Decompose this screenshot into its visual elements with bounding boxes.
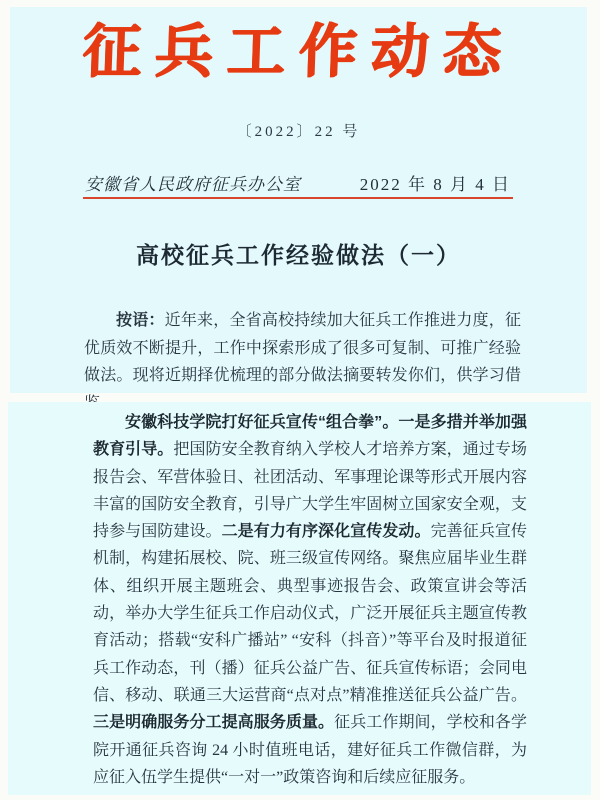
document-header-block: 征兵工作动态 〔2022〕22 号 安徽省人民政府征兵办公室 2022 年 8 … <box>10 7 587 393</box>
red-divider-line <box>83 197 513 199</box>
preface-label: 按语： <box>116 312 165 329</box>
issuer-row: 安徽省人民政府征兵办公室 2022 年 8 月 4 日 <box>85 170 511 195</box>
body-segment-bold: 三是明确服务分工提高服务质量。 <box>93 714 334 731</box>
document-body-block: 安徽科技学院打好征兵宣传“组合拳”。一是多措并举加强教育引导。把国防安全教育纳入… <box>8 402 591 795</box>
body-segment-bold: 二是有力有序深化宣传发动。 <box>222 523 431 540</box>
body-segment: 完善征兵宣传机制，构建拓展校、院、班三级宣传网络。聚焦应届毕业生群体、组织开展主… <box>93 523 527 704</box>
body-segment-bold: 安徽科技学院打好征兵宣传“组合拳”。 <box>125 414 398 431</box>
masthead-title: 征兵工作动态 <box>9 17 588 87</box>
document-page: 征兵工作动态 〔2022〕22 号 安徽省人民政府征兵办公室 2022 年 8 … <box>0 0 600 800</box>
body-paragraph: 安徽科技学院打好征兵宣传“组合拳”。一是多措并举加强教育引导。把国防安全教育纳入… <box>93 409 527 791</box>
article-title: 高校征兵工作经验做法（一） <box>10 237 587 270</box>
preface-paragraph: 按语：近年来，全省高校持续加大征兵工作推进力度，征优质效不断提升，工作中探索形成… <box>84 307 521 417</box>
issuer-name: 安徽省人民政府征兵办公室 <box>85 170 301 195</box>
issue-date: 2022 年 8 月 4 日 <box>360 170 511 195</box>
doc-number: 〔2022〕22 号 <box>10 120 587 141</box>
